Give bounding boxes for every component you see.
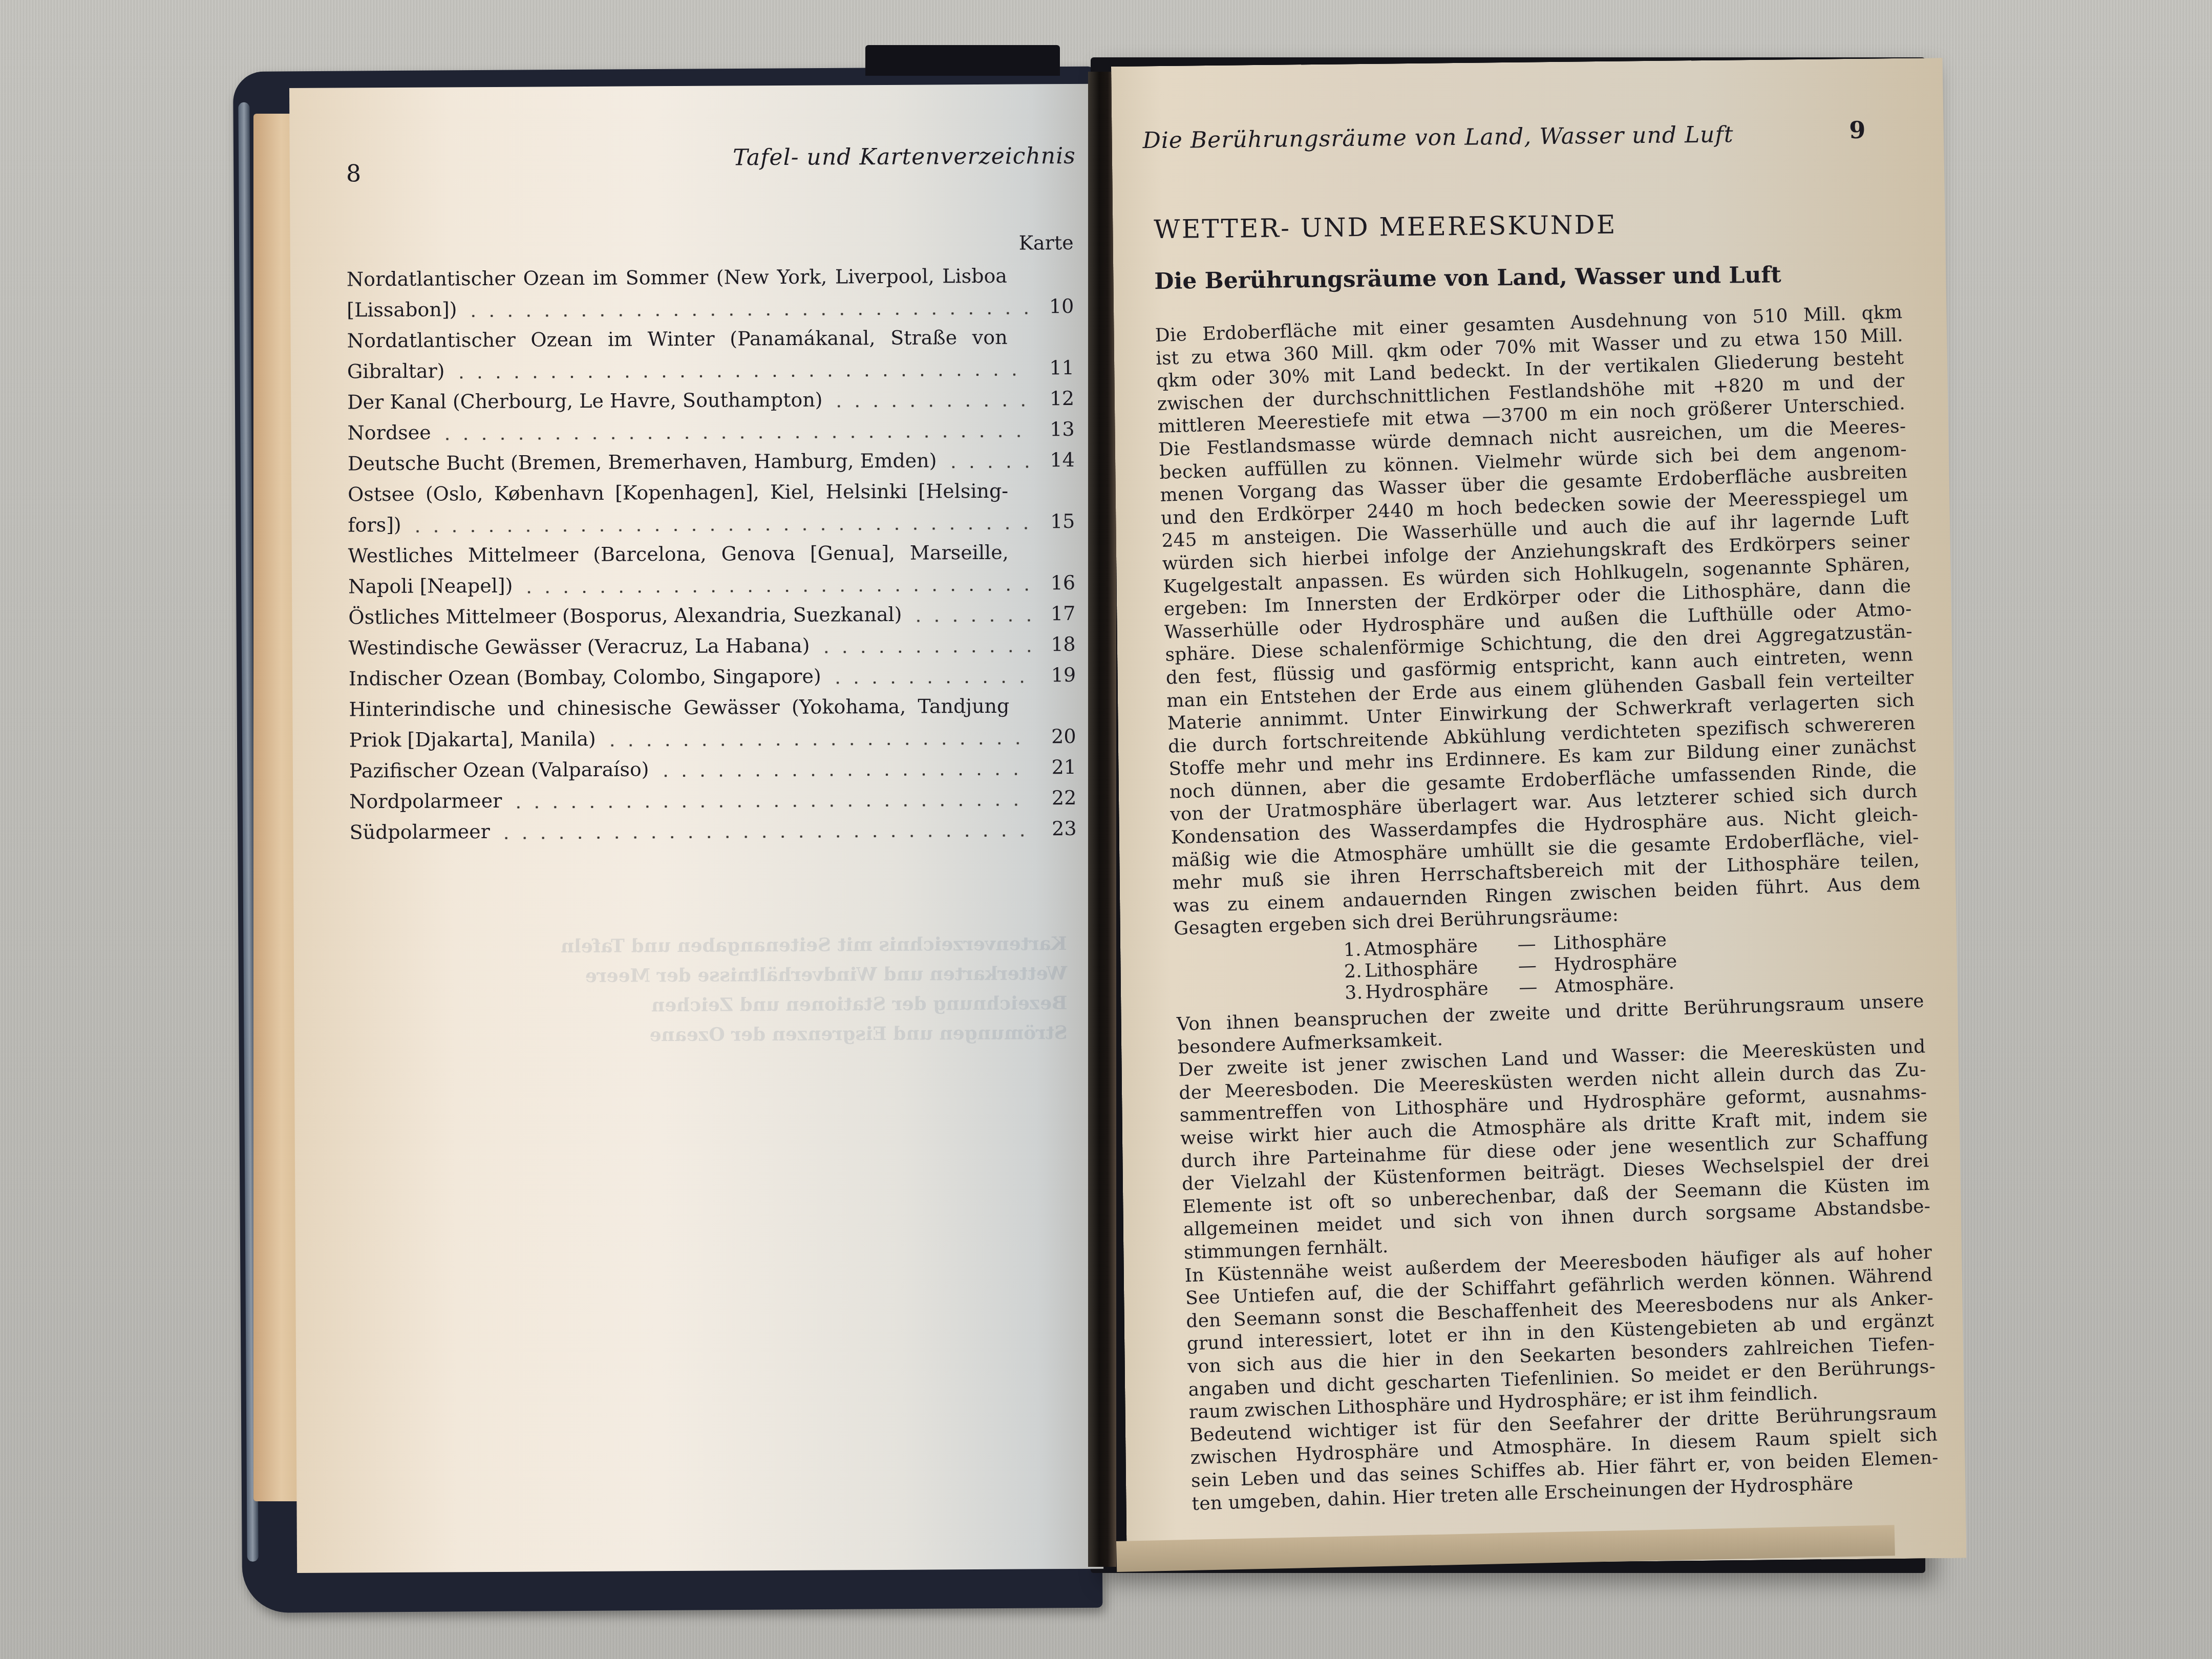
map-number: 22 [1040,782,1076,813]
contact-zones-list: 1.Atmosphäre—Lithosphäre2.Lithosphäre—Hy… [1343,922,1923,1004]
right-page: Die Berührungsräume von Land, Wasser und… [1111,58,1967,1567]
dot-leader [509,803,1031,809]
contact-zone-dash: — [1518,954,1554,977]
map-index-entry-text: Der Kanal (Cherbourg, Le Havre, Southamp… [347,385,823,418]
map-index-entry: Ostsee (Oslo, København [Kopenhagen], Ki… [348,475,1075,540]
map-index-entry: Nordsee13 [347,414,1074,448]
dot-leader [603,741,1031,747]
dot-leader [817,649,1031,653]
contact-zone-b: Lithosphäre [1553,929,1667,954]
contact-zone-dash: — [1519,976,1555,998]
map-index-entry-text: Östliches Mittelmeer (Bosporus, Alexandr… [348,599,902,633]
book-spine-top [865,45,1060,76]
map-index-entry-text: Nordatlantischer Ozean im Winter (Panamá… [347,322,1074,356]
map-index-entry-text: Pazifischer Ozean (Valparaíso) [349,754,649,786]
map-index-list: Nordatlantischer Ozean im Sommer (New Yo… [347,260,1077,847]
map-index-entry-text: Napoli [Neapel]) [348,570,513,602]
book-gutter [1088,72,1116,1567]
map-number: 23 [1040,813,1076,844]
dot-leader [409,526,1030,533]
paragraph-1: Die Erdoberfläche mit einer gesamten Aus… [1155,301,1921,941]
map-index-entry: Hinterindische und chinesische Gewässer … [349,690,1076,755]
map-index-entry-text: Priok [Djakarta], Manila) [349,724,596,756]
map-index: Karte Nordatlantischer Ozean im Sommer (… [346,227,1076,847]
map-index-entry-text: Deutsche Bucht (Bremen, Bremerhaven, Ham… [348,445,937,479]
section-title: Die Berührungsräume von Land, Wasser und… [1154,262,1781,294]
map-index-entry-text: Indischer Ozean (Bombay, Colombo, Singap… [349,661,821,694]
dot-leader [909,619,1031,622]
map-number: 18 [1040,629,1076,660]
map-index-entry: Südpolarmeer23 [349,813,1076,847]
map-number: 11 [1038,352,1074,383]
map-index-entry: Der Kanal (Cherbourg, Le Havre, Southamp… [347,383,1074,417]
dot-leader [452,373,1029,379]
contact-zone-num: 2. [1344,961,1365,983]
map-number: 21 [1040,752,1076,782]
map-index-entry-text: Nordatlantischer Ozean im Sommer (New Yo… [347,260,1074,294]
map-index-entry: Pazifischer Ozean (Valparaíso)21 [349,752,1076,786]
map-index-entry-text: Nordpolarmeer [349,785,502,817]
running-head-right: Die Berührungsräume von Land, Wasser und… [1142,121,1734,154]
map-index-entry: Deutsche Bucht (Bremen, Bremerhaven, Ham… [348,444,1075,479]
map-index-entry: Indischer Ozean (Bombay, Colombo, Singap… [349,660,1076,694]
map-number: 13 [1038,414,1074,444]
map-index-entry: Nordpolarmeer22 [349,782,1076,817]
page-number-left: 8 [346,159,361,187]
contact-zone-a: Hydrosphäre [1365,977,1519,1003]
show-through-text: Kartenverzeichnis mit Seitenangaben und … [350,929,1068,1051]
map-number: 12 [1038,383,1074,414]
map-index-entry: Westliches Mittelmeer (Barcelona, Genova… [348,537,1076,602]
paragraph-4: In Küstennähe weist außerdem der Meeresb… [1184,1241,1937,1424]
map-index-entry-text: Ostsee (Oslo, København [Kopenhagen], Ki… [348,475,1075,509]
dot-leader [497,834,1032,839]
map-index-entry-text: [Lissabon]) [347,294,457,325]
contact-zone-num: 1. [1343,939,1364,961]
left-page: 8 Tafel- und Kartenverzeichnis Karte Nor… [289,84,1103,1573]
map-index-entry-text: Gibraltar) [347,355,445,387]
contact-zone-num: 3. [1345,982,1366,1004]
dot-leader [520,588,1030,593]
map-index-entry: Westindische Gewässer (Veracruz, La Haba… [349,629,1076,663]
map-index-entry: Östliches Mittelmeer (Bosporus, Alexandr… [348,598,1075,632]
map-index-entry-text: Nordsee [347,417,431,449]
map-index-entry-text: Südpolarmeer [349,816,490,847]
dot-leader [464,311,1029,317]
chapter-title: WETTER- UND MEERESKUNDE [1154,210,1617,244]
map-column-header: Karte [346,227,1073,262]
dot-leader [830,403,1030,408]
map-index-entry-text: fors]) [348,509,401,541]
map-number: 10 [1038,291,1074,322]
dot-leader [438,434,1030,440]
dot-leader [656,772,1031,777]
map-index-entry: Nordatlantischer Ozean im Winter (Panamá… [347,322,1074,387]
map-index-entry: Nordatlantischer Ozean im Sommer (New Yo… [347,260,1074,325]
map-index-entry-text: Westindische Gewässer (Veracruz, La Haba… [349,630,810,664]
map-number: 20 [1040,721,1076,752]
map-number: 19 [1040,660,1076,690]
body-text: Die Erdoberfläche mit einer gesamten Aus… [1155,301,1939,1516]
map-index-entry-text: Hinterindische und chinesische Gewässer … [349,690,1076,725]
running-head-left: Tafel- und Kartenverzeichnis [733,143,1076,171]
map-index-entry-text: Westliches Mittelmeer (Barcelona, Genova… [348,537,1075,571]
map-number: 14 [1039,444,1075,475]
contact-zone-dash: — [1517,933,1554,955]
page-number-right: 9 [1849,116,1866,144]
map-number: 15 [1039,506,1075,537]
map-number: 16 [1039,567,1075,598]
contact-zone-b: Atmosphäre. [1555,972,1675,997]
map-number: 17 [1039,598,1075,629]
paragraph-3: Der zweite ist jener zwischen Land und W… [1178,1036,1931,1265]
dot-leader [828,680,1031,684]
dot-leader [944,465,1030,469]
